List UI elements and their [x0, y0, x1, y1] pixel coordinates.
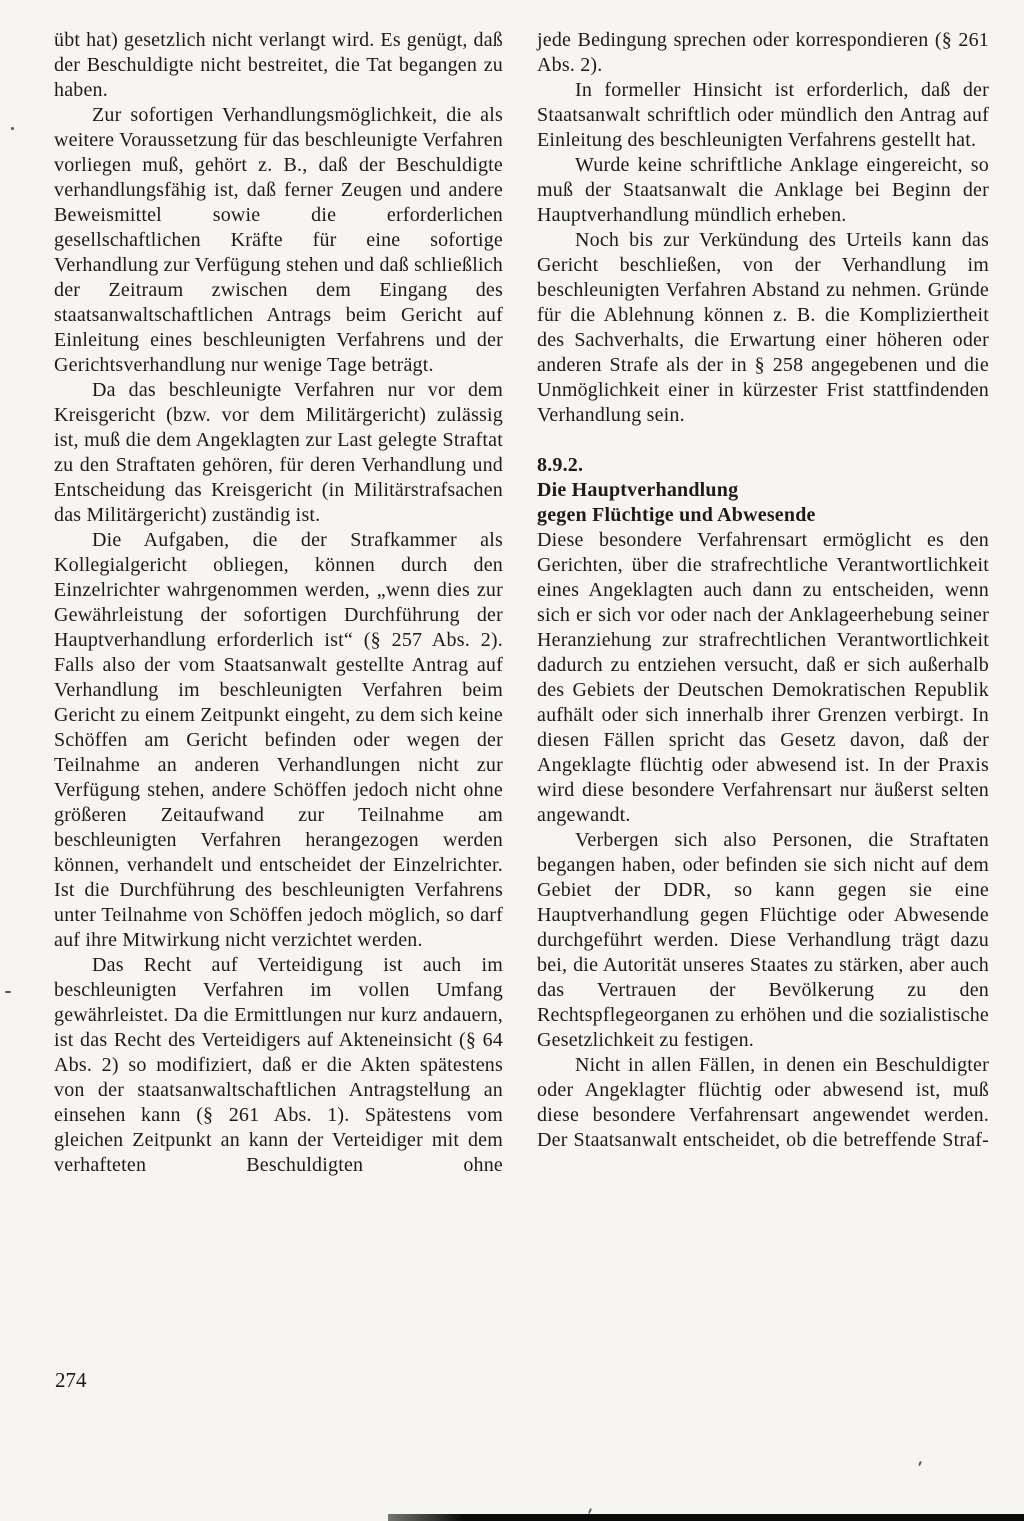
paragraph: Die Aufgaben, die der Strafkammer als Ko…	[54, 528, 503, 953]
paragraph: Das Recht auf Verteidigung ist auch im b…	[54, 953, 503, 1178]
paragraph: jede Bedingung sprechen oder korrespondi…	[537, 28, 989, 78]
paragraph: Nicht in allen Fällen, in denen ein Besc…	[537, 1053, 989, 1153]
scan-noise-speck	[11, 127, 14, 130]
paragraph: Zur sofortigen Verhandlungsmöglichkeit, …	[54, 103, 503, 378]
section-heading-line: 8.9.2.	[537, 453, 989, 478]
paragraph: Verbergen sich also Personen, die Straft…	[537, 828, 989, 1053]
section-heading-line: gegen Flüchtige und Abwesende	[537, 503, 989, 528]
text-column-left: übt hat) gesetzlich nicht verlangt wird.…	[54, 28, 503, 1178]
scan-noise-speck	[434, 1086, 437, 1089]
paragraph: Da das beschleunigte Verfahren nur vor d…	[54, 378, 503, 528]
scan-noise-speck	[918, 1461, 922, 1466]
book-page: übt hat) gesetzlich nicht verlangt wird.…	[0, 0, 1024, 1521]
paragraph: übt hat) gesetzlich nicht verlangt wird.…	[54, 28, 503, 103]
paragraph: Noch bis zur Verkündung des Urteils kann…	[537, 228, 989, 428]
scan-noise-speck	[5, 991, 11, 993]
section-heading: 8.9.2.Die Hauptverhandlunggegen Flüchtig…	[537, 453, 989, 528]
section-heading-line: Die Hauptverhandlung	[537, 478, 989, 503]
page-number: 274	[55, 1368, 87, 1393]
paragraph: Wurde keine schriftliche Anklage eingere…	[537, 153, 989, 228]
scan-edge-artifact	[388, 1514, 1024, 1521]
paragraph: Diese besondere Verfahrensart ermöglicht…	[537, 528, 989, 828]
paragraph: In formeller Hinsicht ist erforderlich, …	[537, 78, 989, 153]
text-column-right: jede Bedingung sprechen oder korrespondi…	[537, 28, 989, 1153]
